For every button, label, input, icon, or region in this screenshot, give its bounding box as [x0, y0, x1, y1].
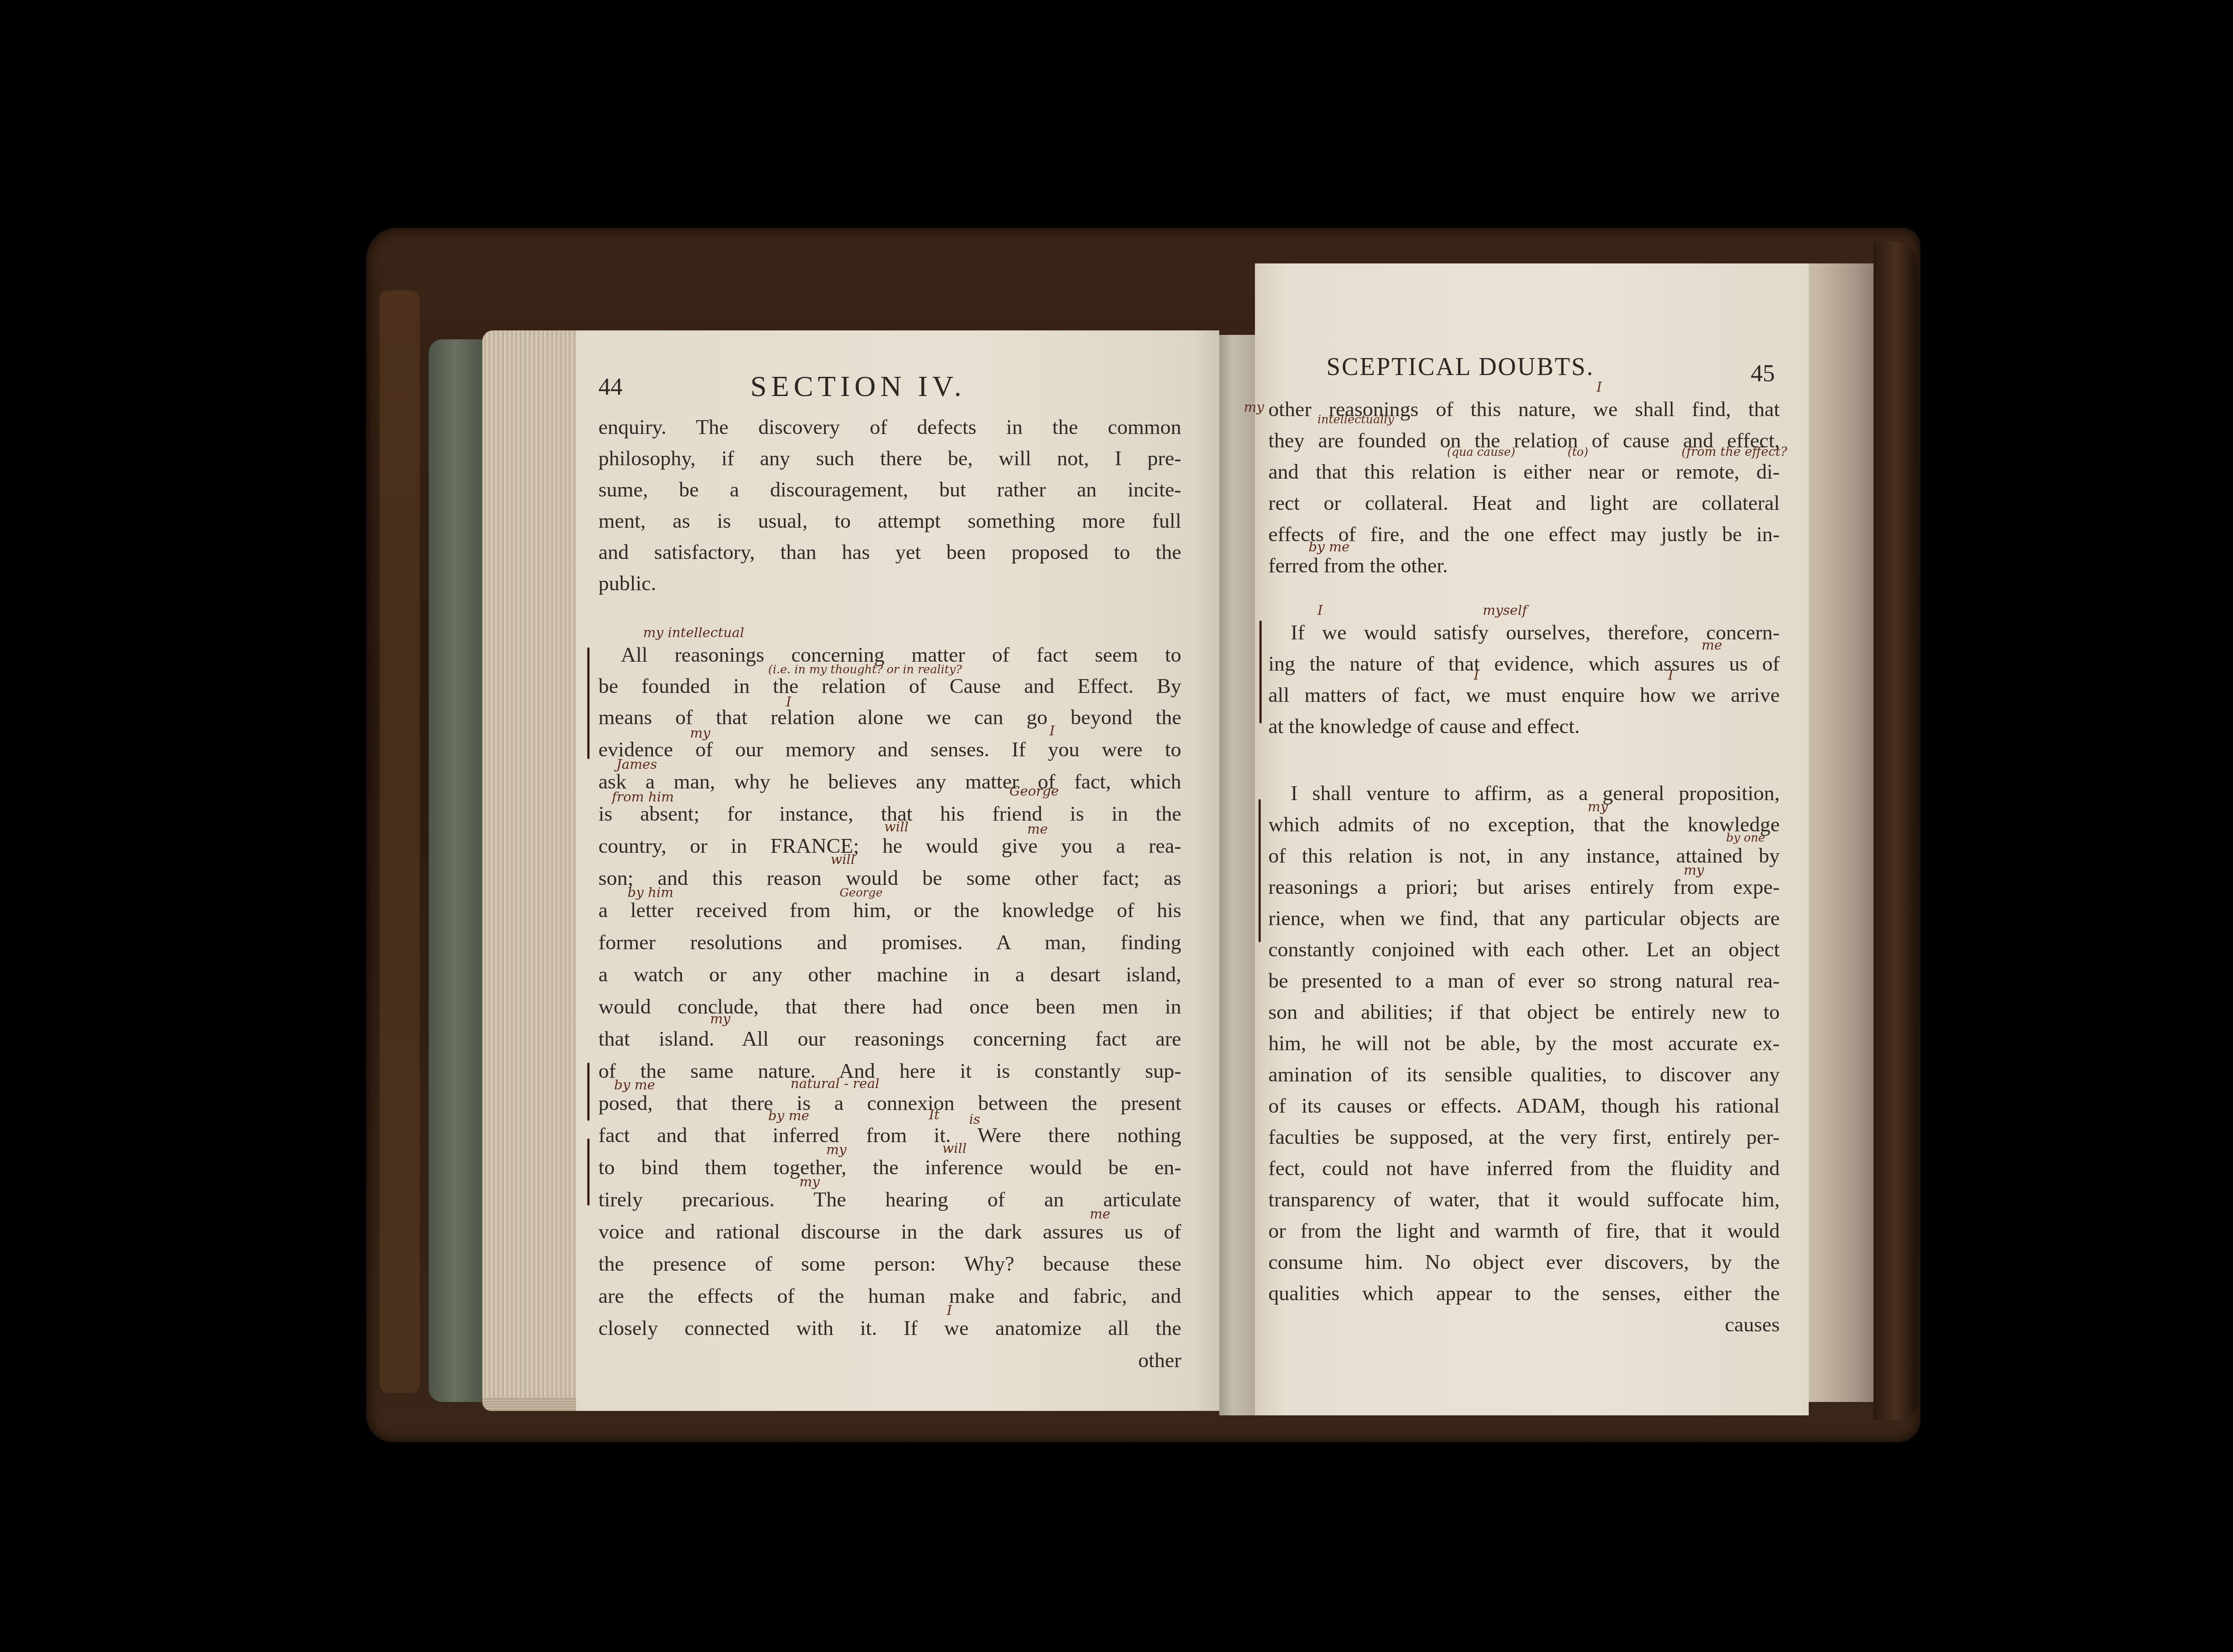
annotation: by me [614, 1077, 655, 1093]
running-head: SCEPTICAL DOUBTS. [1326, 353, 1594, 381]
text-line: fact and that inferred from it. Were the… [598, 1123, 1181, 1147]
annotation: natural - real [790, 1076, 879, 1092]
text-line: a letter received from him, or the knowl… [598, 898, 1181, 922]
text-line: that island. All our reasonings concerni… [598, 1027, 1181, 1051]
text-line: constantly conjoined with each other. Le… [1268, 938, 1780, 962]
page-edges-left [482, 330, 576, 1411]
text-line: of the same nature. And here it is const… [598, 1059, 1181, 1083]
annotation: me [1702, 638, 1722, 653]
text-line: ing the nature of that evidence, which a… [1268, 652, 1780, 676]
open-book: 44 SECTION IV. enquiry. The discovery of… [366, 228, 1920, 1442]
annotation: me [1027, 822, 1048, 837]
annotation: my [690, 726, 710, 741]
text-line: the presence of some person: Why? becaus… [598, 1252, 1181, 1276]
annotation: I [947, 1303, 952, 1318]
annotation: will [942, 1141, 966, 1156]
right-page: SCEPTICAL DOUBTS. 45 other reasonings of… [1255, 263, 1809, 1415]
annotation: I [1668, 667, 1673, 683]
annotation: will [831, 852, 855, 868]
text-line: enquiry. The discovery of defects in the… [598, 415, 1181, 439]
text-line: to bind them together, the inference wou… [598, 1156, 1181, 1180]
annotation: will [884, 819, 908, 835]
annotation: my [1684, 863, 1704, 878]
text-line: a watch or any other machine in a desart… [598, 963, 1181, 987]
text-line: son and abilities; if that object be ent… [1268, 1000, 1780, 1024]
annotation: my [826, 1142, 846, 1158]
running-head: SECTION IV. [750, 370, 966, 404]
text-line: posed, that there is a connexion between… [598, 1091, 1181, 1115]
annotation: my [799, 1174, 820, 1190]
page-number: 45 [1751, 359, 1775, 387]
page-number: 44 [598, 373, 623, 400]
margin-mark [587, 1063, 590, 1121]
annotation: my [1588, 799, 1608, 815]
text-line: reasonings a priori; but arises entirely… [1268, 875, 1780, 899]
annotation: George [1009, 784, 1059, 799]
annotation: intellectually [1317, 413, 1394, 426]
annotation: It [929, 1107, 940, 1123]
text-line: and satisfactory, than has yet been prop… [598, 540, 1181, 564]
annotation: me [1090, 1206, 1110, 1222]
text-line: at the knowledge of cause and effect. [1268, 714, 1780, 738]
annotation: my [710, 1011, 730, 1027]
text-line: faculties be supposed, at the very first… [1268, 1125, 1780, 1149]
annotation: is [969, 1112, 980, 1127]
annotation: (i.e. in my thought? or in reality? [768, 663, 962, 676]
annotation: I [1474, 667, 1479, 683]
annotation: I [1597, 380, 1602, 395]
annotation: by him [627, 885, 673, 901]
cover-edge-left [380, 290, 420, 1393]
text-line: are the effects of the human make and fa… [598, 1284, 1181, 1308]
annotation: (to) [1568, 446, 1588, 459]
annotation: George [840, 886, 882, 900]
text-line: voice and rational discourse in the dark… [598, 1220, 1181, 1244]
text-line: former resolutions and promises. A man, … [598, 930, 1181, 955]
spine-cloth [429, 339, 482, 1402]
annotation: I [1317, 603, 1323, 618]
annotation: by me [768, 1108, 809, 1124]
text-line: I shall venture to affirm, as a general … [1291, 781, 1780, 805]
text-line: rect or collateral. Heat and light are c… [1268, 491, 1780, 515]
text-line: be founded in the relation of Cause and … [598, 674, 1181, 698]
text-line: fect, could not have inferred from the f… [1268, 1156, 1780, 1181]
text-line: evidence of our memory and senses. If yo… [598, 738, 1181, 762]
margin-mark [1259, 621, 1262, 723]
text-line: be presented to a man of ever so strong … [1268, 969, 1780, 993]
catchword: other [598, 1348, 1181, 1372]
annotation: I [786, 694, 791, 710]
annotation: (from the effect? [1681, 444, 1787, 459]
margin-mark [587, 1139, 590, 1206]
annotation: myself [1483, 603, 1527, 618]
annotation: by me [1309, 539, 1350, 555]
annotation: (qua cause) [1447, 446, 1515, 459]
text-line: would conclude, that there had once been… [598, 995, 1181, 1019]
text-line: or from the light and warmth of fire, th… [1268, 1219, 1780, 1243]
text-line: philosophy, if any such there be, will n… [598, 446, 1181, 471]
text-line: transparency of water, that it would suf… [1268, 1188, 1780, 1212]
text-line: ment, as is usual, to attempt something … [598, 509, 1181, 533]
text-line: means of that relation alone we can go b… [598, 705, 1181, 730]
text-line: closely connected with it. If we anatomi… [598, 1316, 1181, 1340]
annotation: James [616, 757, 657, 772]
annotation: my intellectual [643, 625, 744, 641]
text-line: qualities which appear to the senses, ei… [1268, 1281, 1780, 1306]
text-line: him, he will not be able, by the most ac… [1268, 1031, 1780, 1055]
cover-edge-right [1873, 241, 1918, 1420]
annotation: my [1244, 400, 1264, 415]
annotation: from him [612, 789, 674, 805]
text-line: all matters of fact, we must enquire how… [1268, 683, 1780, 707]
page-edges-right [1806, 263, 1873, 1402]
margin-mark [587, 647, 590, 759]
text-line: of its causes or effects. ADAM, though h… [1268, 1094, 1780, 1118]
text-line: sume, be a discouragement, but rather an… [598, 478, 1181, 502]
text-line: consume him. No object ever discovers, b… [1268, 1250, 1780, 1274]
running-head-text: SCEPTICAL DOUBTS. [1326, 353, 1594, 381]
gutter [1219, 335, 1255, 1415]
left-page: 44 SECTION IV. enquiry. The discovery of… [576, 330, 1219, 1411]
text-line: which admits of no exception, that the k… [1268, 813, 1780, 837]
text-line: amination of its sensible qualities, to … [1268, 1063, 1780, 1087]
text-line: ferred from the other. [1268, 554, 1780, 578]
annotation: by one [1726, 831, 1765, 845]
text-line: son; and this reason would be some other… [598, 866, 1181, 890]
text-line: public. [598, 572, 1181, 596]
catchword: causes [1268, 1313, 1780, 1337]
annotation: I [1050, 723, 1055, 739]
text-line: rience, when we find, that any particula… [1268, 906, 1780, 930]
text-line: and that this relation is either near or… [1268, 460, 1780, 484]
text-line: country, or in FRANCE; he would give you… [598, 834, 1181, 858]
margin-mark [1259, 799, 1261, 942]
text-line: ask a man, why he believes any matter of… [598, 770, 1181, 794]
